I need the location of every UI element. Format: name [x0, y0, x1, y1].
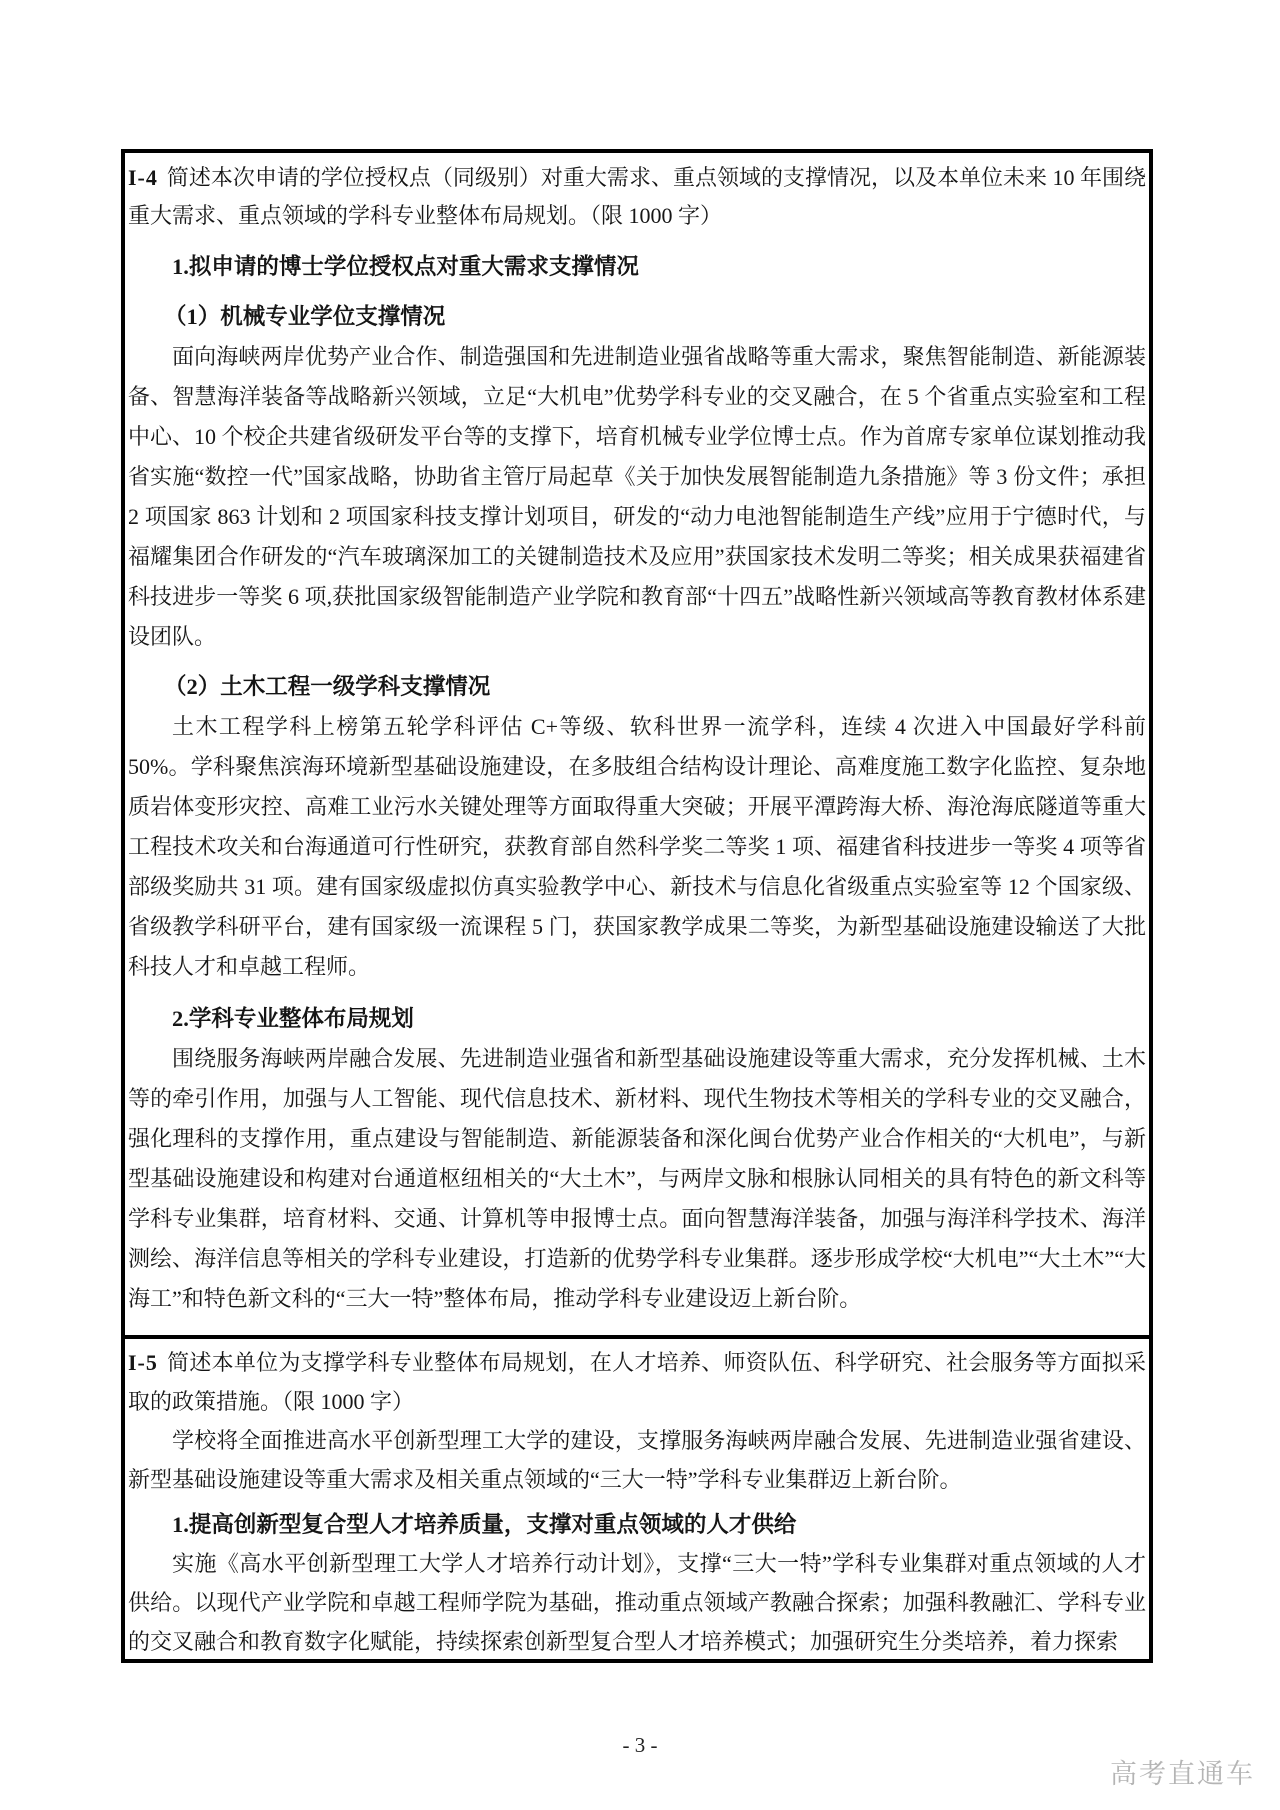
section-i5-label: I-5 [128, 1350, 158, 1375]
paragraph-university-construction: 学校将全面推进高水平创新型理工大学的建设，支撑服务海峡两岸融合发展、先进制造业强… [128, 1421, 1146, 1499]
section-i4: I-4简述本次申请的学位授权点（同级别）对重大需求、重点领域的支撑情况，以及本单… [125, 153, 1149, 1339]
document-page: I-4简述本次申请的学位授权点（同级别）对重大需求、重点领域的支撑情况，以及本单… [0, 0, 1280, 1810]
application-form-table: I-4简述本次申请的学位授权点（同级别）对重大需求、重点领域的支撑情况，以及本单… [121, 149, 1153, 1663]
paragraph-talent-cultivation: 实施《高水平创新型理工大学人才培养行动计划》，支撑“三大一特”学科专业集群对重点… [128, 1544, 1146, 1659]
section-i5-prompt-row: I-5简述本单位为支撑学科专业整体布局规划，在人才培养、师资队伍、科学研究、社会… [128, 1343, 1146, 1421]
paragraph-layout-plan: 围绕服务海峡两岸融合发展、先进制造业强省和新型基础设施建设等重大需求，充分发挥机… [128, 1039, 1146, 1319]
heading-doctoral-point-support: 1.拟申请的博士学位授权点对重大需求支撑情况 [128, 247, 1146, 287]
heading-discipline-layout-plan: 2.学科专业整体布局规划 [128, 999, 1146, 1039]
section-i4-prompt-text: 简述本次申请的学位授权点（同级别）对重大需求、重点领域的支撑情况，以及本单位未来… [128, 165, 1146, 228]
subheading-mechanical-degree-support: （1）机械专业学位支撑情况 [128, 297, 1146, 337]
section-i4-prompt-row: I-4简述本次申请的学位授权点（同级别）对重大需求、重点领域的支撑情况，以及本单… [128, 159, 1146, 235]
heading-talent-supply: 1.提高创新型复合型人才培养质量，支撑对重点领域的人才供给 [128, 1505, 1146, 1544]
paragraph-mechanical-support: 面向海峡两岸优势产业合作、制造强国和先进制造业强省战略等重大需求，聚焦智能制造、… [128, 337, 1146, 657]
page-number: - 3 - [0, 1733, 1280, 1758]
paragraph-civil-support: 土木工程学科上榜第五轮学科评估 C+等级、软科世界一流学科，连续 4 次进入中国… [128, 707, 1146, 987]
subheading-civil-engineering-support: （2）土木工程一级学科支撑情况 [128, 667, 1146, 707]
section-i5: I-5简述本单位为支撑学科专业整体布局规划，在人才培养、师资队伍、科学研究、社会… [125, 1339, 1149, 1659]
section-i5-prompt-text: 简述本单位为支撑学科专业整体布局规划，在人才培养、师资队伍、科学研究、社会服务等… [128, 1350, 1146, 1414]
watermark-text: 高考直通车 [1110, 1752, 1255, 1791]
section-i4-label: I-4 [128, 165, 158, 190]
